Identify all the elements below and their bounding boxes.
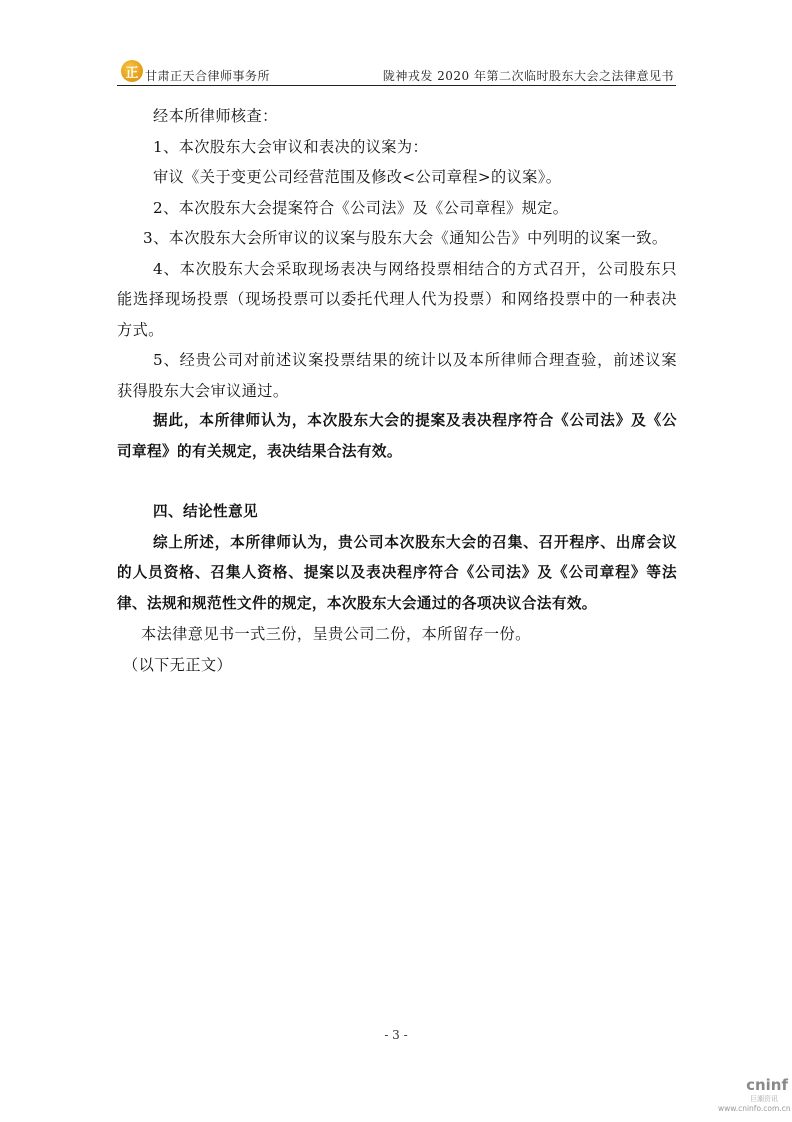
page-header: 正 甘肃正天合律师事务所 陇神戎发 2020 年第二次临时股东大会之法律意见书 [117, 58, 676, 86]
paragraph-item-2: 2、本次股东大会提案符合《公司法》及《公司章程》规定。 [117, 193, 677, 224]
paragraph-copies: 本法律意见书一式三份，呈贵公司二份，本所留存一份。 [117, 619, 677, 650]
document-body: 经本所律师核查： 1、本次股东大会审议和表决的议案为： 审议《关于变更公司经营范… [117, 101, 677, 680]
end-note: （以下无正文） [117, 650, 677, 681]
paragraph-item-3: 3、本次股东大会所审议的议案与股东大会《通知公告》中列明的议案一致。 [117, 223, 677, 254]
paragraph-finding: 据此，本所律师认为，本次股东大会的提案及表决程序符合《公司法》及《公司章程》的有… [117, 406, 677, 467]
cninfo-logo-icon: cninf [718, 1076, 788, 1094]
document-title: 陇神戎发 2020 年第二次临时股东大会之法律意见书 [383, 67, 674, 84]
paragraph-intro: 经本所律师核查： [117, 101, 677, 132]
cninfo-watermark: cninf 巨潮资讯 www.cninfo.com.cn [718, 1076, 788, 1113]
paragraph-item-4: 4、本次股东大会采取现场表决与网络投票相结合的方式召开，公司股东只能选择现场投票… [117, 254, 677, 346]
paragraph-item-1: 1、本次股东大会审议和表决的议案为： [117, 132, 677, 163]
paragraph-proposal: 审议《关于变更公司经营范围及修改<公司章程>的议案》。 [117, 162, 677, 193]
law-firm-name: 甘肃正天合律师事务所 [145, 67, 270, 84]
paragraph-conclusion: 综上所述，本所律师认为，贵公司本次股东大会的召集、召开程序、出席会议的人员资格、… [117, 528, 677, 620]
cninfo-chinese-name: 巨潮资讯 [718, 1094, 778, 1104]
section-heading: 四、结论性意见 [117, 497, 677, 528]
law-firm-logo-icon: 正 [121, 60, 143, 82]
spacer [117, 467, 677, 497]
cninfo-url: www.cninfo.com.cn [718, 1104, 788, 1113]
paragraph-item-5: 5、经贵公司对前述议案投票结果的统计以及本所律师合理查验，前述议案获得股东大会审… [117, 345, 677, 406]
page-number: - 3 - [0, 1028, 792, 1042]
